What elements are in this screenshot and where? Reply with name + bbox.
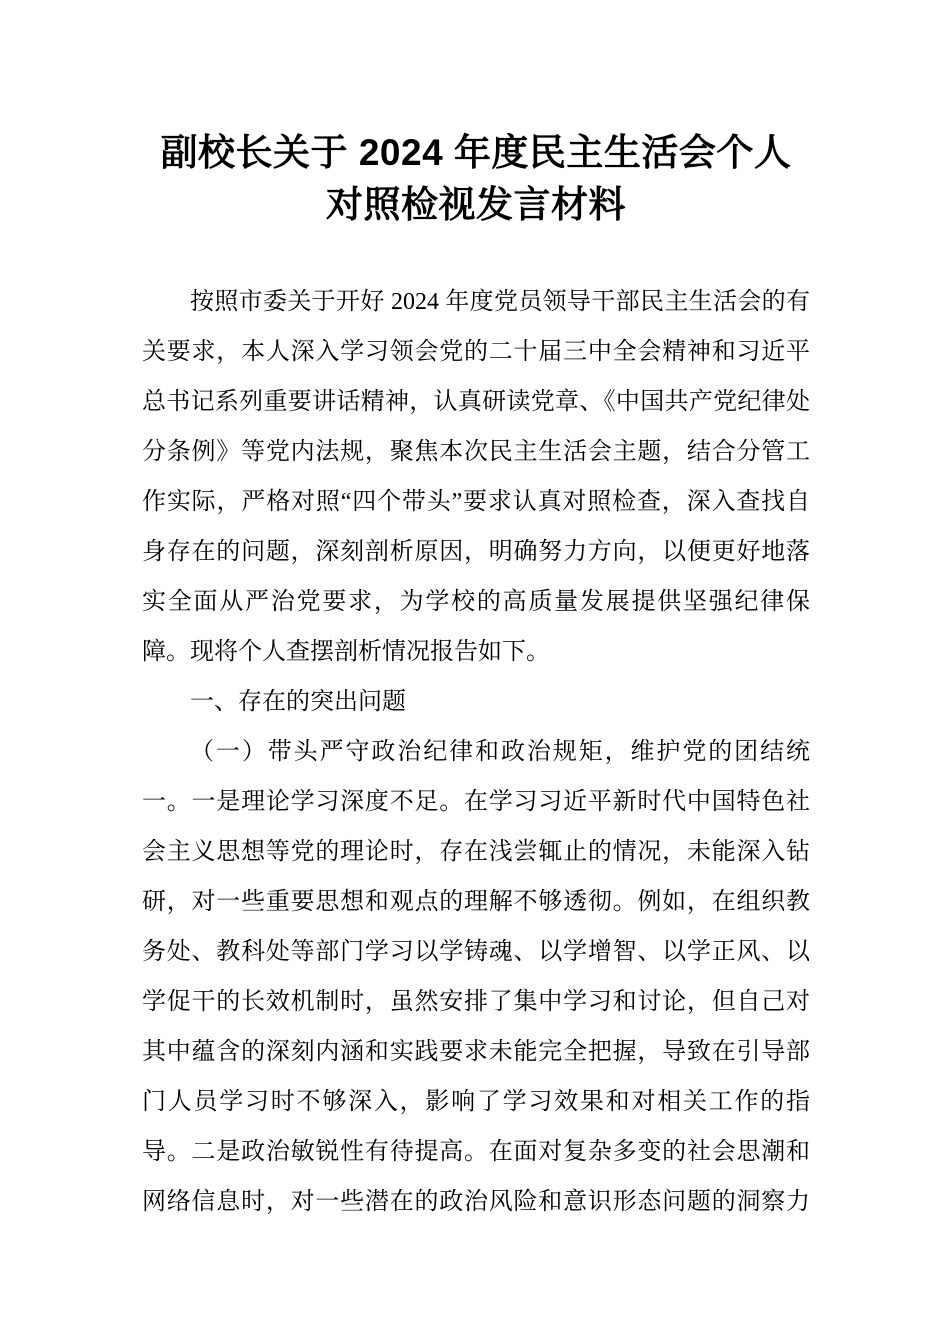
body-paragraph: （一）带头严守政治纪律和政治规矩，维护党的团结统一。一是理论学习深度不足。在学习…: [142, 727, 810, 1227]
document-title: 副校长关于 2024 年度民主生活会个人对照检视发言材料: [142, 127, 810, 231]
document-content: 副校长关于 2024 年度民主生活会个人对照检视发言材料 按照市委关于开好 20…: [142, 0, 810, 1227]
section-heading: 一、存在的突出问题: [142, 677, 810, 727]
body-paragraph: 按照市委关于开好 2024 年度党员领导干部民主生活会的有关要求，本人深入学习领…: [142, 277, 810, 677]
document-page: 副校长关于 2024 年度民主生活会个人对照检视发言材料 按照市委关于开好 20…: [0, 0, 950, 1344]
document-body: 按照市委关于开好 2024 年度党员领导干部民主生活会的有关要求，本人深入学习领…: [142, 277, 810, 1227]
